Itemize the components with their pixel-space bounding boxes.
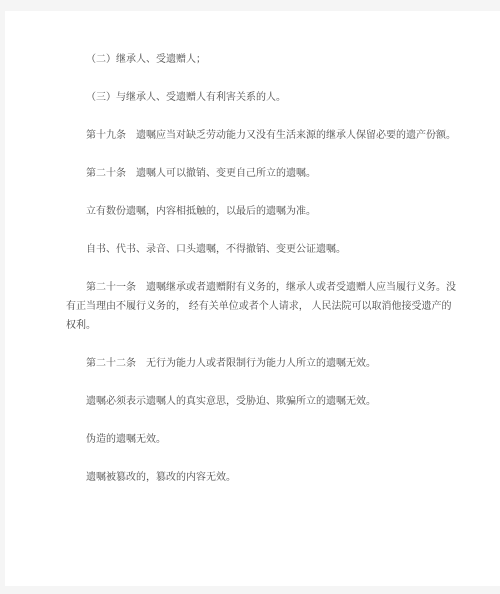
paragraph: 第二十一条 遗嘱继承或者遗赠附有义务的，继承人或者受遗赠人应当履行义务。没 有正… <box>66 278 465 335</box>
paragraph: 遗嘱必须表示遗嘱人的真实意思，受胁迫、欺骗所立的遗嘱无效。 <box>66 392 465 411</box>
paragraph: 伪造的遗嘱无效。 <box>66 430 465 449</box>
article-body: （二）继承人、受遗赠人； （三）与继承人、受遗赠人有利害关系的人。 第十九条 遗… <box>66 50 465 487</box>
paragraph: 第二十条 遗嘱人可以撤销、变更自己所立的遗嘱。 <box>66 164 465 183</box>
document-page: （二）继承人、受遗赠人； （三）与继承人、受遗赠人有利害关系的人。 第十九条 遗… <box>5 11 500 586</box>
paragraph: 第十九条 遗嘱应当对缺乏劳动能力又没有生活来源的继承人保留必要的遗产份额。 <box>66 126 465 145</box>
paragraph: 立有数份遗嘱，内容相抵触的，以最后的遗嘱为准。 <box>66 202 465 221</box>
paragraph: 自书、代书、录音、口头遗嘱，不得撤销、变更公证遗嘱。 <box>66 240 465 259</box>
paragraph: （三）与继承人、受遗赠人有利害关系的人。 <box>66 88 465 107</box>
paragraph: 遗嘱被篡改的，篡改的内容无效。 <box>66 468 465 487</box>
screenshot-root: { "page": { "frame_color": "#f5f5f5", "c… <box>0 0 500 594</box>
paragraph: 第二十二条 无行为能力人或者限制行为能力人所立的遗嘱无效。 <box>66 354 465 373</box>
paragraph: （二）继承人、受遗赠人； <box>66 50 465 69</box>
